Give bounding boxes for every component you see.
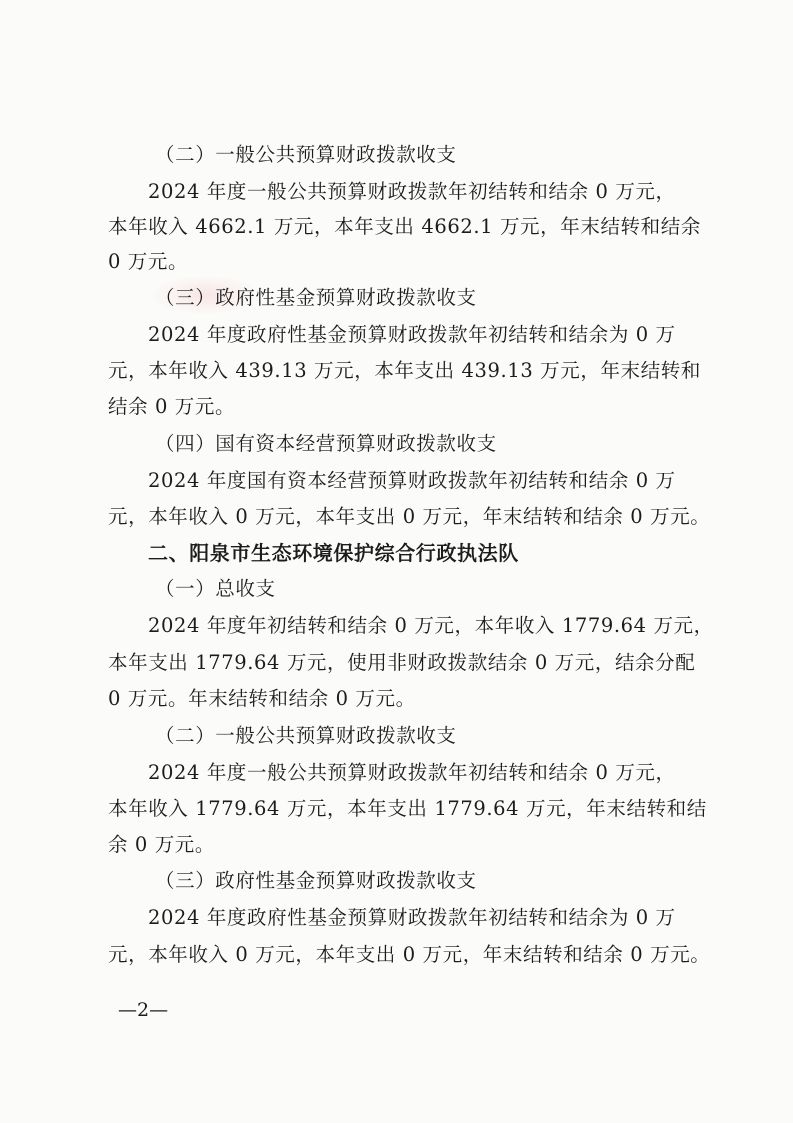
section-heading: （二）一般公共预算财政拨款收支 bbox=[155, 143, 740, 167]
paragraph-line: 元，本年收入 0 万元，本年支出 0 万元，年末结转和结余 0 万元。 bbox=[108, 505, 693, 529]
paragraph-line: 2024 年度政府性基金预算财政拨款年初结转和结余为 0 万 bbox=[148, 906, 733, 930]
paragraph-line: 2024 年度政府性基金预算财政拨款年初结转和结余为 0 万 bbox=[148, 323, 733, 347]
chapter-heading: 二、阳泉市生态环境保护综合行政执法队 bbox=[148, 541, 733, 565]
section-heading: （一）总收支 bbox=[155, 577, 740, 601]
document-page: （二）一般公共预算财政拨款收支 2024 年度一般公共预算财政拨款年初结转和结余… bbox=[0, 0, 793, 1123]
section-heading: （三）政府性基金预算财政拨款收支 bbox=[155, 286, 740, 310]
paragraph-line: 元，本年收入 439.13 万元，本年支出 439.13 万元，年末结转和 bbox=[108, 359, 693, 383]
paragraph-line: 本年收入 1779.64 万元，本年支出 1779.64 万元，年末结转和结 bbox=[108, 797, 693, 821]
paragraph-line: 余 0 万元。 bbox=[108, 833, 693, 857]
paragraph-line: 元，本年收入 0 万元，本年支出 0 万元，年末结转和结余 0 万元。 bbox=[108, 943, 693, 967]
paragraph-line: 结余 0 万元。 bbox=[108, 395, 693, 419]
paragraph-line: 2024 年度国有资本经营预算财政拨款年初结转和结余 0 万 bbox=[148, 469, 733, 493]
section-heading: （三）政府性基金预算财政拨款收支 bbox=[155, 869, 740, 893]
page-number: —2— bbox=[118, 999, 168, 1021]
paragraph-line: 0 万元。 bbox=[108, 250, 693, 274]
section-heading: （二）一般公共预算财政拨款收支 bbox=[155, 724, 740, 748]
paragraph-line: 本年收入 4662.1 万元，本年支出 4662.1 万元，年末结转和结余 bbox=[108, 215, 693, 239]
paragraph-line: 2024 年度一般公共预算财政拨款年初结转和结余 0 万元， bbox=[148, 761, 733, 785]
paragraph-line: 0 万元。年末结转和结余 0 万元。 bbox=[108, 687, 693, 711]
paragraph-line: 本年支出 1779.64 万元，使用非财政拨款结余 0 万元，结余分配 bbox=[108, 651, 693, 675]
paragraph-line: 2024 年度一般公共预算财政拨款年初结转和结余 0 万元， bbox=[148, 180, 733, 204]
paragraph-line: 2024 年度年初结转和结余 0 万元，本年收入 1779.64 万元， bbox=[148, 614, 733, 638]
section-heading: （四）国有资本经营预算财政拨款收支 bbox=[155, 432, 740, 456]
